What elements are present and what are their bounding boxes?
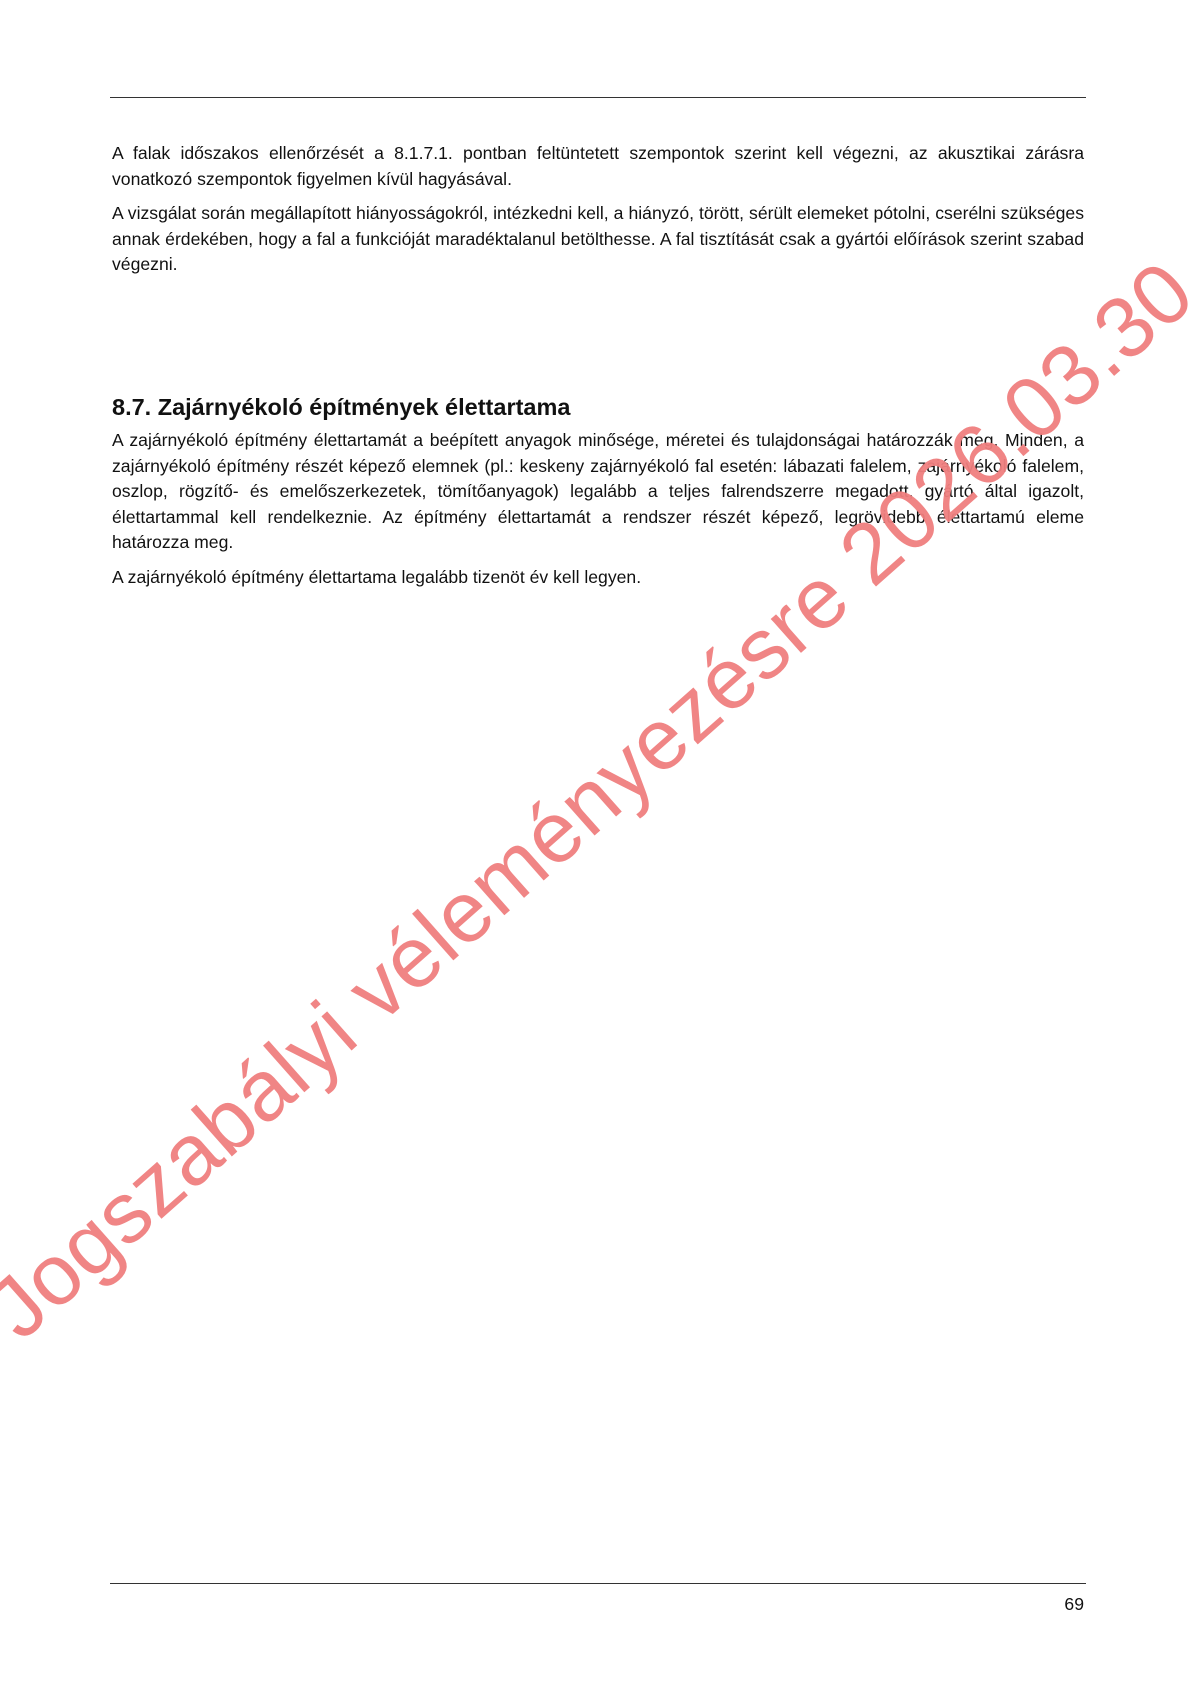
paragraph-lifetime-definition: A zajárnyékoló építmény élettartamát a b…	[112, 428, 1084, 556]
paragraph-deficiencies: A vizsgálat során megállapított hiányoss…	[112, 201, 1084, 278]
intro-text-block: A falak időszakos ellenőrzését a 8.1.7.1…	[112, 141, 1084, 278]
section-8-7: 8.7. Zajárnyékoló építmények élettartama…	[112, 392, 1084, 591]
paragraph-minimum-lifetime: A zajárnyékoló építmény élettartama lega…	[112, 565, 1084, 591]
header-rule	[110, 97, 1086, 98]
page-number: 69	[1064, 1592, 1084, 1616]
footer-rule	[110, 1583, 1086, 1584]
paragraph-inspection: A falak időszakos ellenőrzését a 8.1.7.1…	[112, 141, 1084, 192]
section-heading: 8.7. Zajárnyékoló építmények élettartama	[112, 392, 1084, 422]
